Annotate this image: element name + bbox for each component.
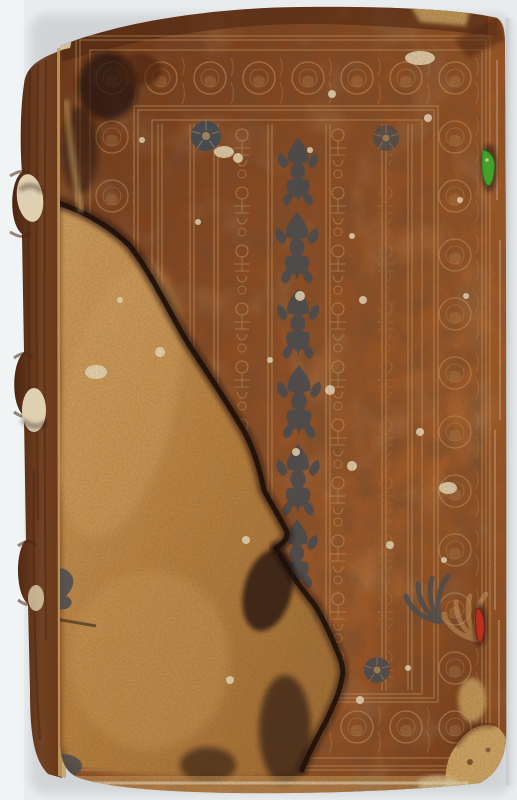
front-cover bbox=[36, 0, 517, 800]
joint-repair-lump-small bbox=[28, 585, 44, 611]
photo-scene bbox=[0, 0, 517, 800]
leather-grain bbox=[50, 0, 517, 800]
cast-shadow-right bbox=[506, 18, 515, 786]
book-photo bbox=[0, 0, 517, 800]
